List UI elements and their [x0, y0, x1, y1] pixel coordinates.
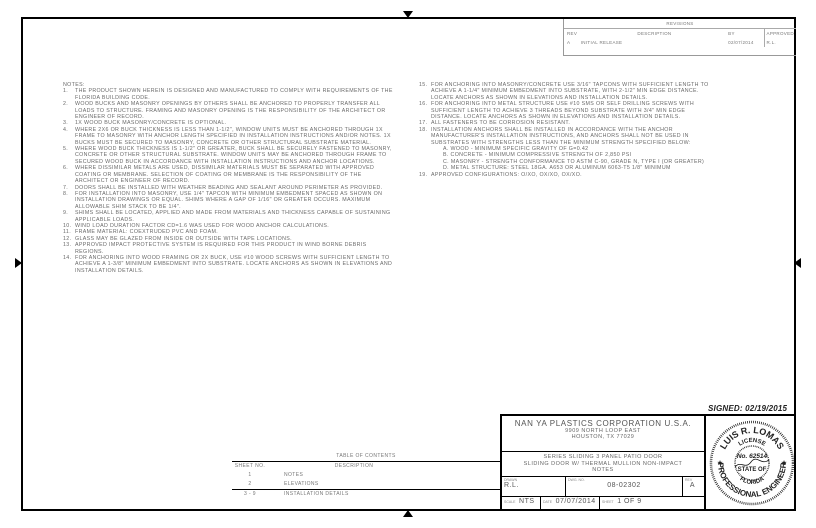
- approved-header: APPROVED: [764, 29, 796, 38]
- note-text: FOR ANCHORING INTO WOOD FRAMING OR 2X BU…: [75, 255, 393, 274]
- toc-row: 1 NOTES: [232, 471, 500, 480]
- note-text: THE PRODUCT SHOWN HEREIN IS DESIGNED AND…: [75, 88, 393, 101]
- toc-description: ELEVATIONS: [268, 480, 500, 489]
- date-value: 07/07/2014: [556, 498, 596, 505]
- notes-left-column: NOTES: 1.THE PRODUCT SHOWN HEREIN IS DES…: [63, 82, 393, 274]
- date-cell: DATE 07/07/2014: [541, 497, 600, 511]
- note-number: 9.: [63, 210, 75, 223]
- toc-sheet-header: SHEET NO.: [232, 462, 268, 471]
- note-number: 13.: [63, 242, 75, 255]
- drawing-description: SERIES SLIDING 3 PANEL PATIO DOOR SLIDIN…: [502, 452, 704, 477]
- svg-text:★: ★: [717, 459, 723, 467]
- note-item: 14.FOR ANCHORING INTO WOOD FRAMING OR 2X…: [63, 255, 393, 274]
- note-text: WHERE DISSIMILAR METALS ARE USED, DISSIM…: [75, 165, 393, 184]
- note-number: 6.: [63, 165, 75, 184]
- by-header: BY: [728, 29, 763, 38]
- note-number: 15.: [419, 82, 431, 101]
- note-item: 6.WHERE DISSIMILAR METALS ARE USED, DISS…: [63, 165, 393, 184]
- note-item: 5.WHERE WOOD BUCK THICKNESS IS 1-1/2" OR…: [63, 146, 393, 165]
- divider: [232, 509, 500, 511]
- note-item: 19.APPROVED CONFIGURATIONS: O/XO, OX/XO,…: [419, 172, 709, 178]
- note-text: APPROVED IMPACT PROTECTIVE SYSTEM IS REQ…: [75, 242, 393, 255]
- scale-label: SCALE: [504, 500, 515, 504]
- description-line: NOTES: [502, 467, 704, 474]
- note-number: 4.: [63, 127, 75, 146]
- note-number: 16.: [419, 101, 431, 120]
- note-text: APPROVED CONFIGURATIONS: O/XO, OX/XO, OX…: [431, 172, 709, 178]
- note-text: SHIMS SHALL BE LOCATED, APPLIED AND MADE…: [75, 210, 393, 223]
- note-number: 14.: [63, 255, 75, 274]
- dwg-no-value: 08-02302: [568, 482, 680, 489]
- toc-header: SHEET NO. DESCRIPTION: [232, 461, 500, 471]
- center-mark-left-icon: [15, 258, 22, 268]
- rev-value: A: [685, 482, 700, 489]
- note-item: 8.FOR INSTALLATION INTO MASONRY, USE 1/4…: [63, 191, 393, 210]
- company-address-2: HOUSTON, TX 77029: [502, 434, 704, 440]
- note-number: 5.: [63, 146, 75, 165]
- toc-sheet: 3 - 9: [232, 490, 268, 499]
- company-block: NAN YA PLASTICS CORPORATION U.S.A. 9909 …: [502, 419, 704, 452]
- toc-sheet: 2: [232, 480, 268, 489]
- center-mark-top-icon: [403, 11, 413, 18]
- company-name: NAN YA PLASTICS CORPORATION U.S.A.: [502, 419, 704, 428]
- drawn-value: R.L.: [504, 482, 519, 489]
- revision-description: INITIAL RELEASE: [581, 38, 728, 47]
- note-text: WHERE WOOD BUCK THICKNESS IS 1-1/2" OR G…: [75, 146, 393, 165]
- note-item: 13.APPROVED IMPACT PROTECTIVE SYSTEM IS …: [63, 242, 393, 255]
- note-item: 15.FOR ANCHORING INTO MASONRY/CONCRETE U…: [419, 82, 709, 101]
- note-number: 2.: [63, 101, 75, 120]
- revisions-title: REVISIONS: [564, 19, 796, 29]
- revisions-table: REVISIONS REV DESCRIPTION BY APPROVED A …: [563, 19, 796, 56]
- revision-by: 02/07/2014: [728, 38, 763, 47]
- note-item: 9.SHIMS SHALL BE LOCATED, APPLIED AND MA…: [63, 210, 393, 223]
- note-item: 18.INSTALLATION ANCHORS SHALL BE INSTALL…: [419, 127, 709, 146]
- notes-right-column: 15.FOR ANCHORING INTO MASONRY/CONCRETE U…: [419, 82, 709, 178]
- engineer-seal-icon: LUIS R. LOMAS PROFESSIONAL ENGINEER LICE…: [709, 420, 795, 506]
- toc-description: NOTES: [268, 471, 500, 480]
- toc-title: TABLE OF CONTENTS: [232, 452, 500, 461]
- note-text: FOR ANCHORING INTO METAL STRUCTURE USE #…: [431, 101, 709, 120]
- note-item: 1.THE PRODUCT SHOWN HEREIN IS DESIGNED A…: [63, 88, 393, 101]
- sheet-cell: SHEET 1 OF 9: [600, 497, 704, 511]
- sheet-label: SHEET: [602, 500, 614, 504]
- description-header: DESCRIPTION: [581, 29, 728, 38]
- toc-row: 2 ELEVATIONS: [232, 480, 500, 489]
- center-mark-bottom-icon: [403, 510, 413, 517]
- toc-description-header: DESCRIPTION: [268, 462, 500, 471]
- note-number: 8.: [63, 191, 75, 210]
- note-number: 19.: [419, 172, 431, 178]
- note-item: 2.WOOD BUCKS AND MASONRY OPENINGS BY OTH…: [63, 101, 393, 120]
- signed-date: SIGNED: 02/19/2015: [708, 404, 787, 413]
- dwg-no-cell: DWG. NO. 08-02302: [566, 477, 683, 496]
- scale-value: NTS: [519, 498, 535, 505]
- scale-cell: SCALE NTS: [502, 497, 541, 511]
- title-block: NAN YA PLASTICS CORPORATION U.S.A. 9909 …: [500, 414, 704, 511]
- note-text: INSTALLATION ANCHORS SHALL BE INSTALLED …: [431, 127, 709, 146]
- svg-text:★: ★: [781, 459, 787, 467]
- note-text: WOOD BUCKS AND MASONRY OPENINGS BY OTHER…: [75, 101, 393, 120]
- title-block-row: DRAWN R.L. DWG. NO. 08-02302 REV A: [502, 477, 704, 497]
- svg-text:FLORIDA: FLORIDA: [738, 476, 766, 486]
- engineer-seal-box: LUIS R. LOMAS PROFESSIONAL ENGINEER LICE…: [704, 414, 796, 511]
- toc-sheet: 1: [232, 471, 268, 480]
- drawn-cell: DRAWN R.L.: [502, 477, 566, 496]
- revisions-header: REV DESCRIPTION BY APPROVED: [564, 29, 796, 38]
- revision-row: A INITIAL RELEASE 02/07/2014 R.L.: [564, 38, 796, 47]
- note-number: 18.: [419, 127, 431, 146]
- note-item: 4.WHERE 2X6 OR BUCK THICKNESS IS LESS TH…: [63, 127, 393, 146]
- revision-rev: A: [564, 38, 581, 47]
- sheet-value: 1 OF 9: [617, 498, 641, 505]
- note-text: FOR ANCHORING INTO MASONRY/CONCRETE USE …: [431, 82, 709, 101]
- svg-text:No. 62514: No. 62514: [737, 453, 768, 460]
- title-block-row: SCALE NTS DATE 07/07/2014 SHEET 1 OF 9: [502, 497, 704, 511]
- note-text: FOR INSTALLATION INTO MASONRY, USE 1/4" …: [75, 191, 393, 210]
- center-mark-right-icon: [794, 258, 801, 268]
- toc-row: 3 - 9 INSTALLATION DETAILS: [232, 489, 500, 499]
- rev-cell: REV A: [683, 477, 702, 496]
- toc-description: INSTALLATION DETAILS: [268, 490, 500, 499]
- note-number: 1.: [63, 88, 75, 101]
- table-of-contents: TABLE OF CONTENTS SHEET NO. DESCRIPTION …: [232, 452, 500, 499]
- note-text: WHERE 2X6 OR BUCK THICKNESS IS LESS THAN…: [75, 127, 393, 146]
- svg-text:STATE OF: STATE OF: [738, 467, 767, 473]
- rev-header: REV: [564, 29, 581, 38]
- revision-approved: R.L.: [764, 38, 796, 47]
- note-item: 16.FOR ANCHORING INTO METAL STRUCTURE US…: [419, 101, 709, 120]
- svg-text:LUIS R. LOMAS: LUIS R. LOMAS: [718, 425, 786, 451]
- date-label: DATE: [543, 500, 552, 504]
